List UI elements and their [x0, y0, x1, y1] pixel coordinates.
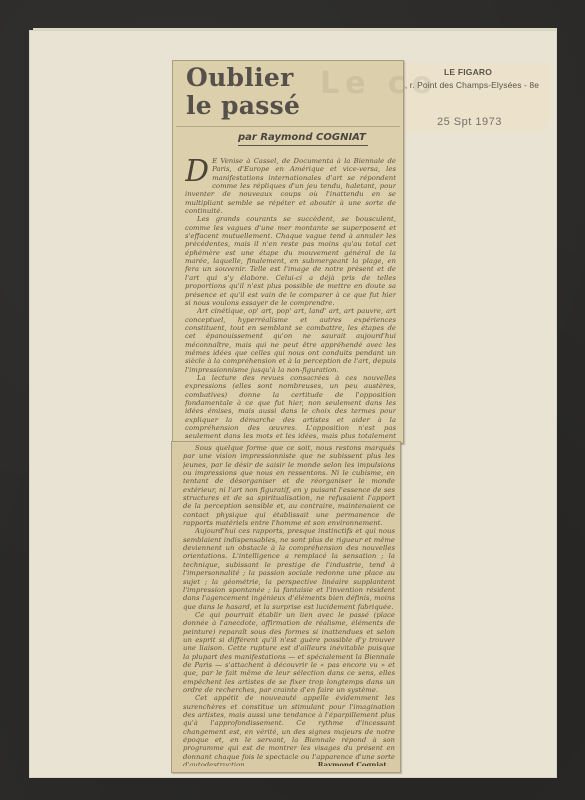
- title-rule: [176, 126, 400, 127]
- author-signature: Raymond Cogniat.: [306, 761, 389, 766]
- paragraph: Sous quelque forme que ce soit, nous res…: [183, 444, 395, 527]
- stamp-date: 25 Spt 1973: [437, 116, 502, 128]
- paragraph: E Venise à Cassel, de Documenta à la Bie…: [185, 157, 396, 215]
- paragraph: Les grands courants se succèdent, se bou…: [185, 215, 396, 307]
- paragraph-text: Cet appétit de nouveauté appelle évidemm…: [183, 694, 395, 766]
- article-title: Oublier le passé: [186, 64, 300, 120]
- title-line-1: Oublier: [186, 64, 300, 92]
- paragraph: La lecture des revues consacrées à ces n…: [185, 374, 396, 439]
- paragraph: Art cinétique, op' art, pop' art, land' …: [185, 307, 396, 374]
- stamp-publication: LE FIGARO: [444, 67, 492, 77]
- bleed-through-text: Le co: [320, 66, 438, 101]
- paragraph: Aujourd'hui ces rapports, presque instin…: [183, 527, 395, 610]
- drop-cap: D: [185, 159, 209, 185]
- paragraph: Ce qui pourrait établir un lien avec le …: [183, 611, 395, 694]
- article-body-bottom: Sous quelque forme que ce soit, nous res…: [183, 444, 395, 766]
- paragraph-last: Cet appétit de nouveauté appelle évidemm…: [183, 694, 395, 766]
- article-body-top: D E Venise à Cassel, de Documenta à la B…: [185, 157, 396, 439]
- title-line-2: le passé: [186, 92, 300, 120]
- article-byline: par Raymond COGNIAT: [238, 132, 368, 146]
